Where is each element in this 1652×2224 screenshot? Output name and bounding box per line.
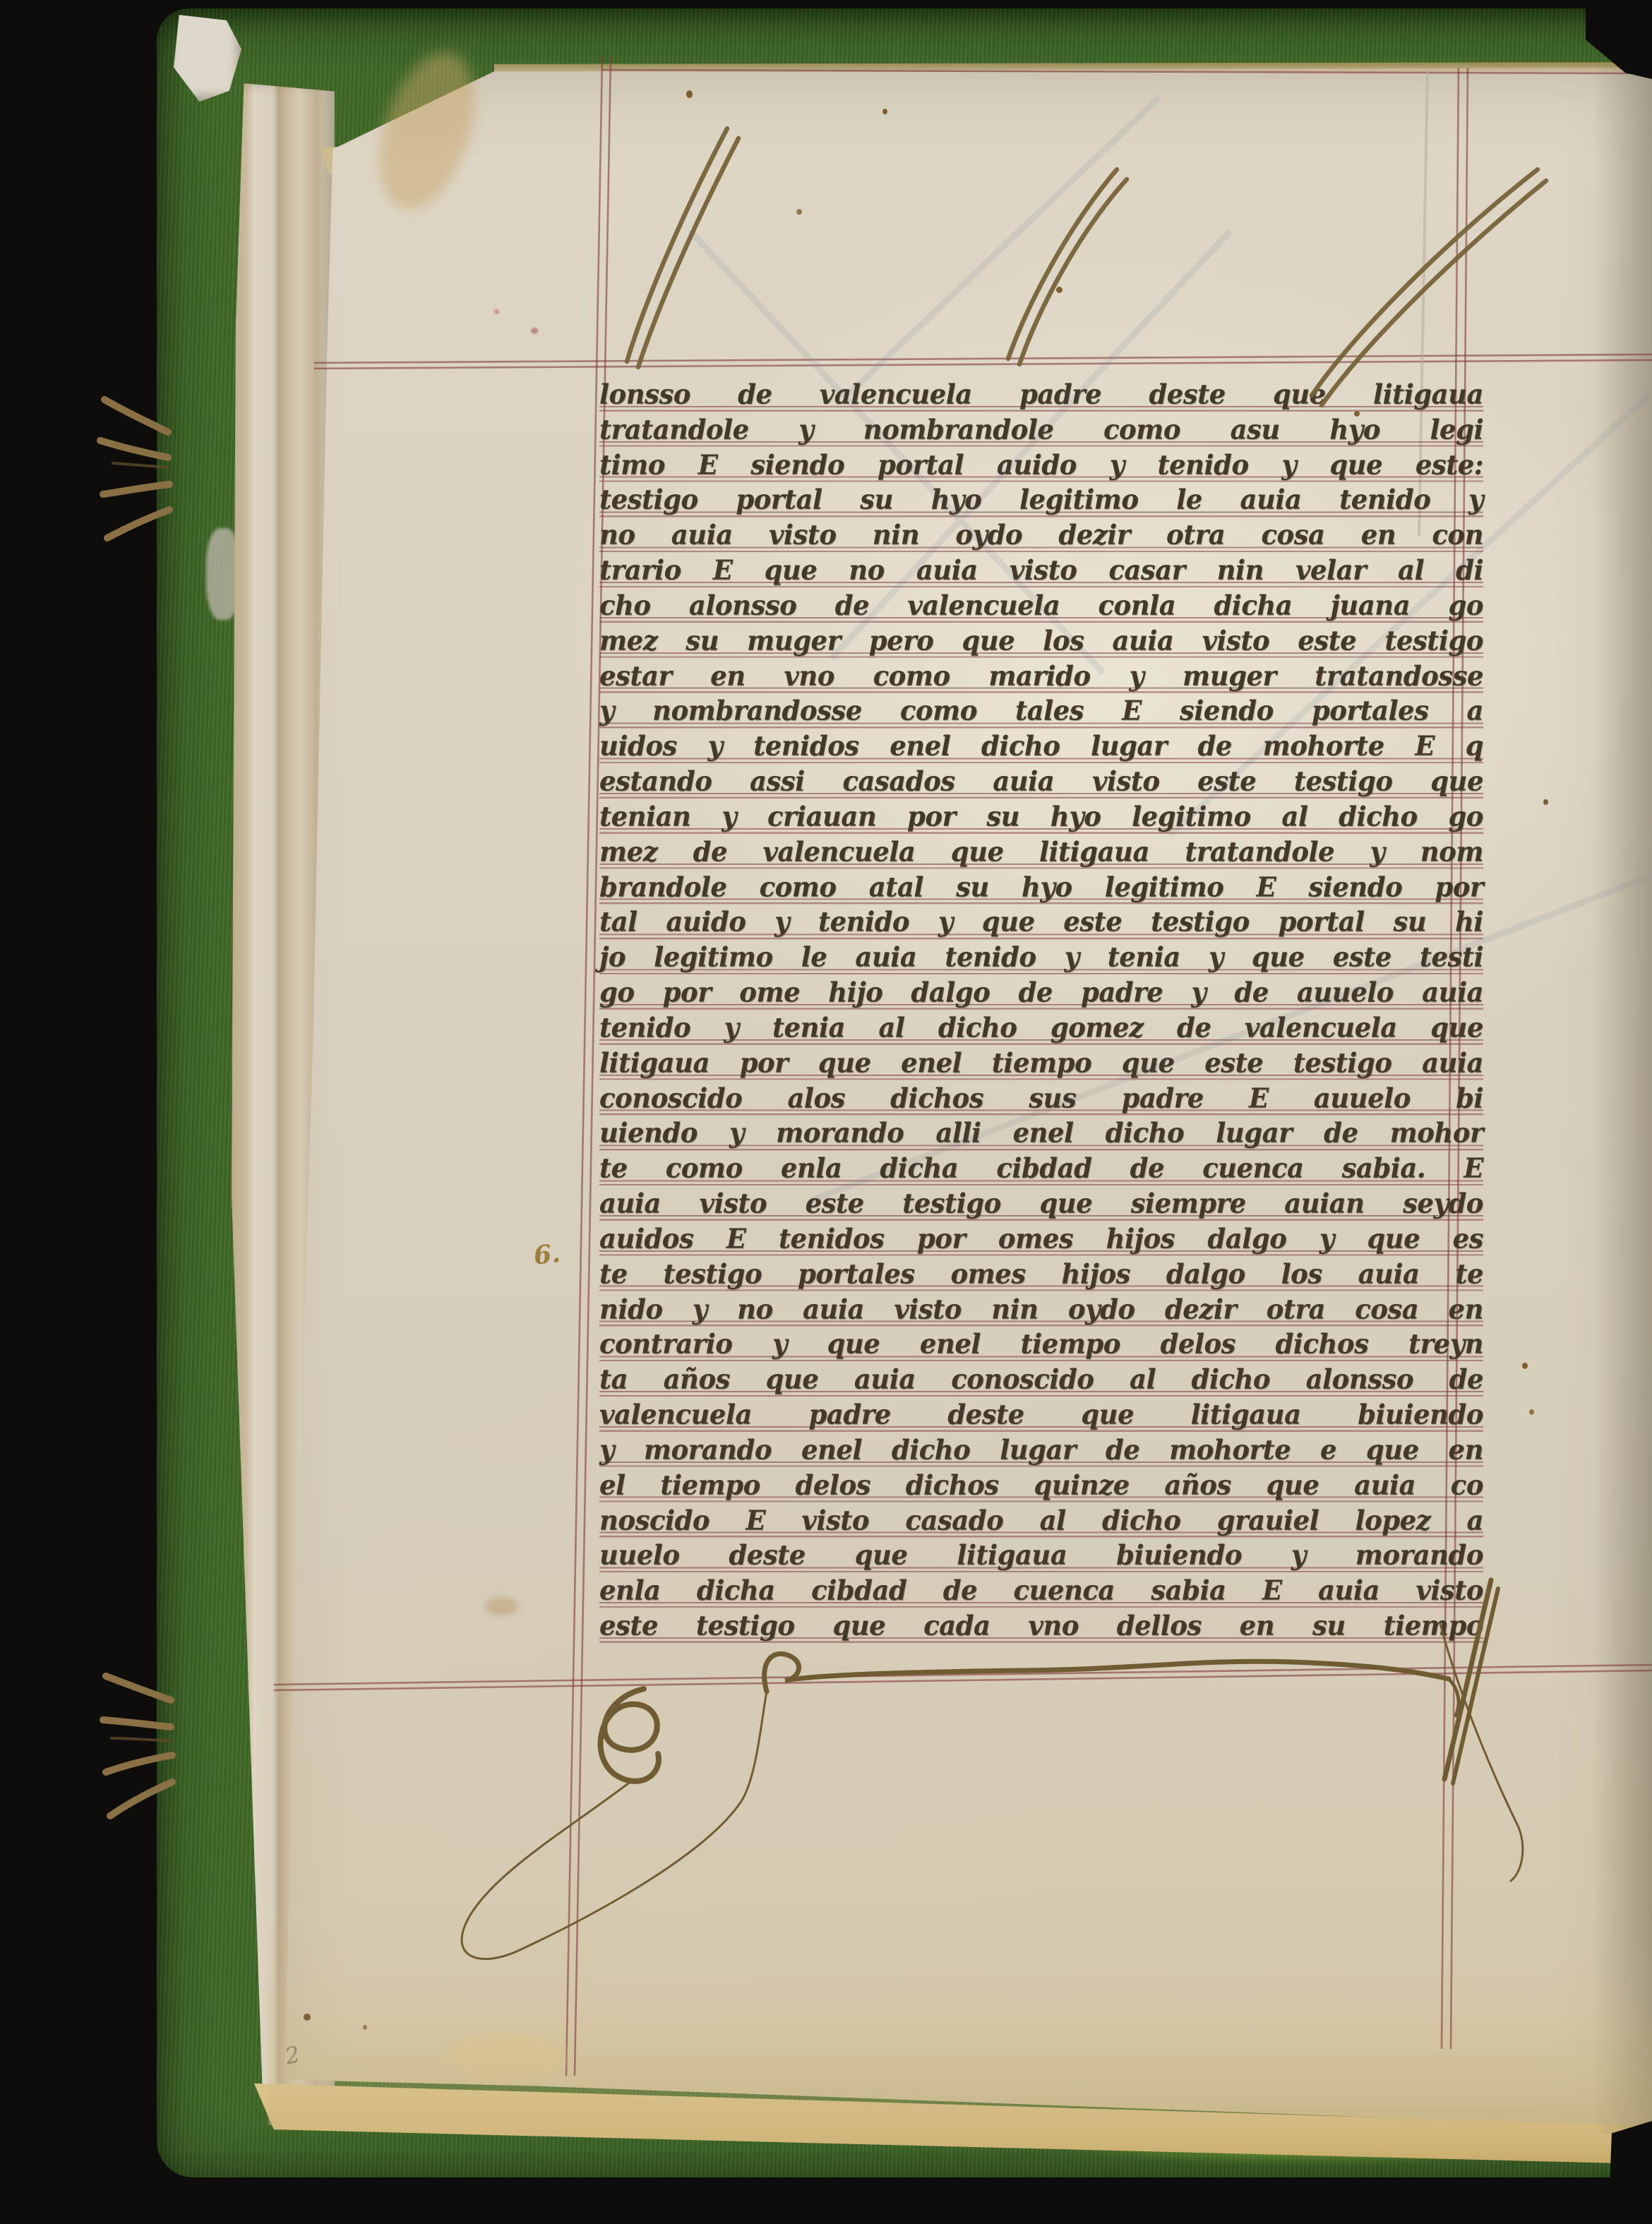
manuscript-photo: lonsso de valencuela padre deste que lit… bbox=[0, 0, 1652, 2224]
top-diagonal-strokes bbox=[627, 128, 1546, 405]
backdrop-corner bbox=[1608, 2121, 1652, 2224]
pen-flourishes bbox=[0, 0, 1652, 2224]
bottom-flourishes bbox=[462, 1580, 1523, 1959]
